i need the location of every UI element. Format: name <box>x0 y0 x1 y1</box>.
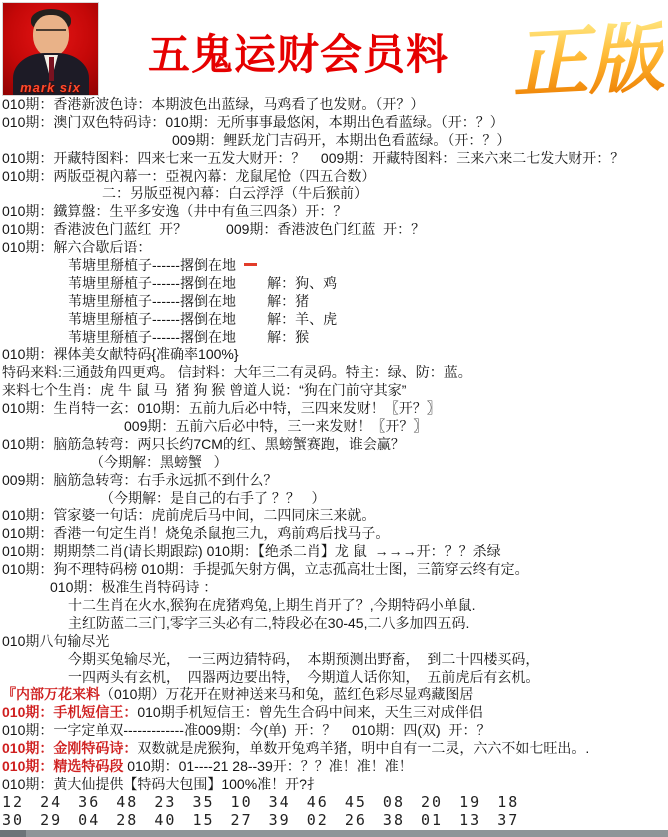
line-text: 今期买兔输尽光， 一三两边猜特码， 本期预测出野畜， 到二十四楼买码， <box>68 651 539 667</box>
text-line: 一四两头有玄机， 四器两边要出特， 今期道人话你知， 五前虎后有玄机。 <box>2 669 668 687</box>
line-text: （今期解：黑螃蟹 ） <box>90 454 228 470</box>
text-line: 010期：生肖特一玄：010期：五前九后必中特，三四来发财！〖开？〗 <box>2 400 668 418</box>
line-label-red: 『内部万花来料 <box>2 686 100 702</box>
line-text: 十二生肖在火水,猴狗在虎猪鸡兔,上期生肖开了？,今期特码小单鼠. <box>68 597 476 613</box>
text-line: 010期：开藏特图料：四来七来一五发大财开：？ 009期：开藏特图料：三来六来二… <box>2 150 668 168</box>
text-line: 十二生肖在火水,猴狗在虎猪鸡兔,上期生肖开了？,今期特码小单鼠. <box>2 597 668 615</box>
portrait-tie-shape <box>49 57 54 81</box>
line-text: 010期：开藏特图料：四来七来一五发大财开：？ 009期：开藏特图料：三来六来二… <box>2 150 624 166</box>
line-text: （010期）万花开在财神送来马和兔，蓝红色彩尽显鸡藏图居 <box>100 686 473 702</box>
text-line: 010期：香港一句定生肖！烧兔杀鼠抱三九，鸡前鸡后找马子。 <box>2 525 668 543</box>
text-line: 苇塘里掰植子------撂倒在地 解：猪 <box>2 293 668 311</box>
line-text: 010期手机短信王：曾先生合码中间来，天生三对成伴侣 <box>137 704 482 720</box>
line-text: 009期：鲤跃龙门吉码开，本期出色看蓝绿。（开：？） <box>172 132 510 148</box>
line-label-red: 010期：金刚特码诗： <box>2 740 137 756</box>
line-text: 010期：香港波色门蓝红 开？ 009期：香港波色门红蓝 开：？ <box>2 221 425 237</box>
line-text: 一四两头有玄机， 四器两边要出特， 今期道人话你知， 五前虎后有玄机。 <box>68 669 539 685</box>
sheet-header: mark six 五鬼运财会员料 正版 <box>0 0 668 96</box>
text-line: 苇塘里掰植子------撂倒在地 解：羊、虎 <box>2 311 668 329</box>
line-text: 苇塘里掰植子------撂倒在地 解：猪 <box>68 293 309 309</box>
text-line: 特码来料:三通鼓角四更鸡。 信封料：大年三二有灵码。特主：绿、防：蓝。 <box>2 364 668 382</box>
content-lines: 010期：香港新波色诗：本期波色出蓝绿，马鸡看了也发财。（开？）010期：澳门双… <box>2 96 668 830</box>
photo-caption: mark six <box>3 80 98 95</box>
text-line: 010期：管家婆一句话：虎前虎后马中间，二四同床三来就。 <box>2 507 668 525</box>
line-label-red: 010期：手机短信王： <box>2 704 137 720</box>
line-label-red: 010期：精选特码段 <box>2 758 123 774</box>
line-text: 苇塘里掰植子------撂倒在地 解：猴 <box>68 329 309 345</box>
line-text: 010期八句输尽光 <box>2 633 109 649</box>
genuine-edition-watermark: 正版 <box>510 20 666 104</box>
line-text: 二：另版亞視內幕：白云浮浮（牛后猴前） <box>102 185 368 201</box>
text-line: 009期：五前六后必中特，三一来发财！〖开？〗 <box>2 418 668 436</box>
number-row: 12 24 36 48 23 35 10 34 46 45 08 20 19 1… <box>2 794 668 812</box>
text-line: 主红防蓝二三门,零字三头必有二,特段必在30-45,二八多加四五码. <box>2 615 668 633</box>
scrollbar-thumb[interactable] <box>0 830 26 837</box>
line-text: 双数就是虎猴狗，单数开兔鸡羊猪，明中自有一二灵，六六不如七旺出。. <box>137 740 589 756</box>
line-text: 010期：狗不理特码榜 010期：手提弧矢射方偶，立志孤高壮士图，三箭穿云终有定… <box>2 561 529 577</box>
text-line: 苇塘里掰植子------撂倒在地 解：狗、鸡 <box>2 275 668 293</box>
line-text: 010期：黄大仙提供【特码大包围】100%准！开?扌 <box>2 776 321 792</box>
text-line: 010期：期期禁二肖(请长期跟踪) 010期：【绝杀二肖】龙 鼠 →→→开：？？… <box>2 543 668 561</box>
lottery-tip-sheet: mark six 五鬼运财会员料 正版 010期：香港新波色诗：本期波色出蓝绿，… <box>0 0 668 837</box>
text-line: 010期：手机短信王：010期手机短信王：曾先生合码中间来，天生三对成伴侣 <box>2 704 668 722</box>
line-text: 苇塘里掰植子------撂倒在地 解：狗、鸡 <box>68 275 337 291</box>
red-tick-mark <box>244 263 257 266</box>
line-text: 010期：香港新波色诗：本期波色出蓝绿，马鸡看了也发财。（开？） <box>2 96 424 112</box>
line-text: 010期：澳门双色特码诗：010期：无所事事最悠闲，本期出色看蓝绿。（开：？） <box>2 114 504 130</box>
text-line: 010期：极准生肖特码诗 ： <box>2 579 668 597</box>
line-text: 009期：五前六后必中特，三一来发财！〖开？〗 <box>124 418 427 434</box>
line-text: 010期：生肖特一玄：010期：五前九后必中特，三四来发财！〖开？〗 <box>2 400 441 416</box>
text-line: 009期：脑筋急转弯：右手永远抓不到什么？ <box>2 472 668 490</box>
line-text: 010期：两版亞視內幕一：亞視內幕：龙鼠尾怆（四五合数） <box>2 168 375 184</box>
line-text: 30 29 04 28 40 15 27 39 02 26 38 01 13 3… <box>2 812 519 829</box>
line-text: 010期：解六合歇后语： <box>2 239 151 255</box>
text-line: 009期：鲤跃龙门吉码开，本期出色看蓝绿。（开：？） <box>2 132 668 150</box>
line-text: 010期：一字定单双-------------准009期：今(单) 开：？ 01… <box>2 722 490 738</box>
text-line: 010期：精选特码段 010期：01----21 28--39开：？？准！准！准… <box>2 758 668 776</box>
text-line: 010期：鐵算盤：生平多安逸（井中有鱼三四条）开：？ <box>2 203 668 221</box>
mark-six-portrait-photo: mark six <box>2 2 99 96</box>
text-line: 苇塘里掰植子------撂倒在地 解：猴 <box>2 329 668 347</box>
number-row: 30 29 04 28 40 15 27 39 02 26 38 01 13 3… <box>2 812 668 830</box>
text-line: 010期：黄大仙提供【特码大包围】100%准！开?扌 <box>2 776 668 794</box>
line-text: 苇塘里掰植子------撂倒在地 <box>68 257 236 273</box>
text-line: 010期：脑筋急转弯：两只长约7CM的红、黑螃蟹赛跑，谁会赢？ <box>2 436 668 454</box>
text-line: （今期解：黑螃蟹 ） <box>2 454 668 472</box>
line-text: 010期：裸体美女献特码{准确率100%} <box>2 346 239 362</box>
line-text: 010期：管家婆一句话：虎前虎后马中间，二四同床三来就。 <box>2 507 375 523</box>
line-text: 苇塘里掰植子------撂倒在地 解：羊、虎 <box>68 311 337 327</box>
line-text: 010期：期期禁二肖(请长期跟踪) 010期：【绝杀二肖】龙 鼠 →→→开：？？… <box>2 543 501 559</box>
line-text: （今期解：是自己的右手了 ？？ ） <box>100 490 326 506</box>
text-line: 010期：金刚特码诗：双数就是虎猴狗，单数开兔鸡羊猪，明中自有一二灵，六六不如七… <box>2 740 668 758</box>
text-line: 二：另版亞視內幕：白云浮浮（牛后猴前） <box>2 185 668 203</box>
text-line: 010期：狗不理特码榜 010期：手提弧矢射方偶，立志孤高壮士图，三箭穿云终有定… <box>2 561 668 579</box>
line-text: 010期：鐵算盤：生平多安逸（井中有鱼三四条）开：？ <box>2 203 347 219</box>
text-line: 010期八句输尽光 <box>2 633 668 651</box>
text-line: 010期：两版亞視內幕一：亞視內幕：龙鼠尾怆（四五合数） <box>2 168 668 186</box>
text-line: 010期：解六合歇后语： <box>2 239 668 257</box>
text-line: 苇塘里掰植子------撂倒在地 <box>2 257 668 275</box>
line-text: 来料七个生肖：虎 牛 鼠 马 猪 狗 猴 曾道人说：“狗在门前守其家” <box>2 382 406 398</box>
line-text: 009期：脑筋急转弯：右手永远抓不到什么？ <box>2 472 277 488</box>
line-text: 12 24 36 48 23 35 10 34 46 45 08 20 19 1… <box>2 794 519 811</box>
text-line: 今期买兔输尽光， 一三两边猜特码， 本期预测出野畜， 到二十四楼买码， <box>2 651 668 669</box>
line-text: 010期：香港一句定生肖！烧兔杀鼠抱三九，鸡前鸡后找马子。 <box>2 525 389 541</box>
line-text: 010期：01----21 28--39开：？？准！准！准！ <box>123 758 412 774</box>
line-text: 特码来料:三通鼓角四更鸡。 信封料：大年三二有灵码。特主：绿、防：蓝。 <box>2 364 472 380</box>
text-line: 010期：一字定单双-------------准009期：今(单) 开：？ 01… <box>2 722 668 740</box>
text-line: 『内部万花来料（010期）万花开在财神送来马和兔，蓝红色彩尽显鸡藏图居 <box>2 686 668 704</box>
text-line: 010期：裸体美女献特码{准确率100%} <box>2 346 668 364</box>
bottom-scrollbar[interactable] <box>0 830 668 837</box>
text-line: 010期：香港波色门蓝红 开？ 009期：香港波色门红蓝 开：？ <box>2 221 668 239</box>
page-title: 五鬼运财会员料 <box>148 22 449 82</box>
text-line: （今期解：是自己的右手了 ？？ ） <box>2 490 668 508</box>
portrait-glasses-shape <box>36 29 66 39</box>
text-line: 来料七个生肖：虎 牛 鼠 马 猪 狗 猴 曾道人说：“狗在门前守其家” <box>2 382 668 400</box>
line-text: 010期：极准生肖特码诗 ： <box>50 579 217 595</box>
line-text: 主红防蓝二三门,零字三头必有二,特段必在30-45,二八多加四五码. <box>68 615 469 631</box>
text-line: 010期：澳门双色特码诗：010期：无所事事最悠闲，本期出色看蓝绿。（开：？） <box>2 114 668 132</box>
line-text: 010期：脑筋急转弯：两只长约7CM的红、黑螃蟹赛跑，谁会赢？ <box>2 436 405 452</box>
